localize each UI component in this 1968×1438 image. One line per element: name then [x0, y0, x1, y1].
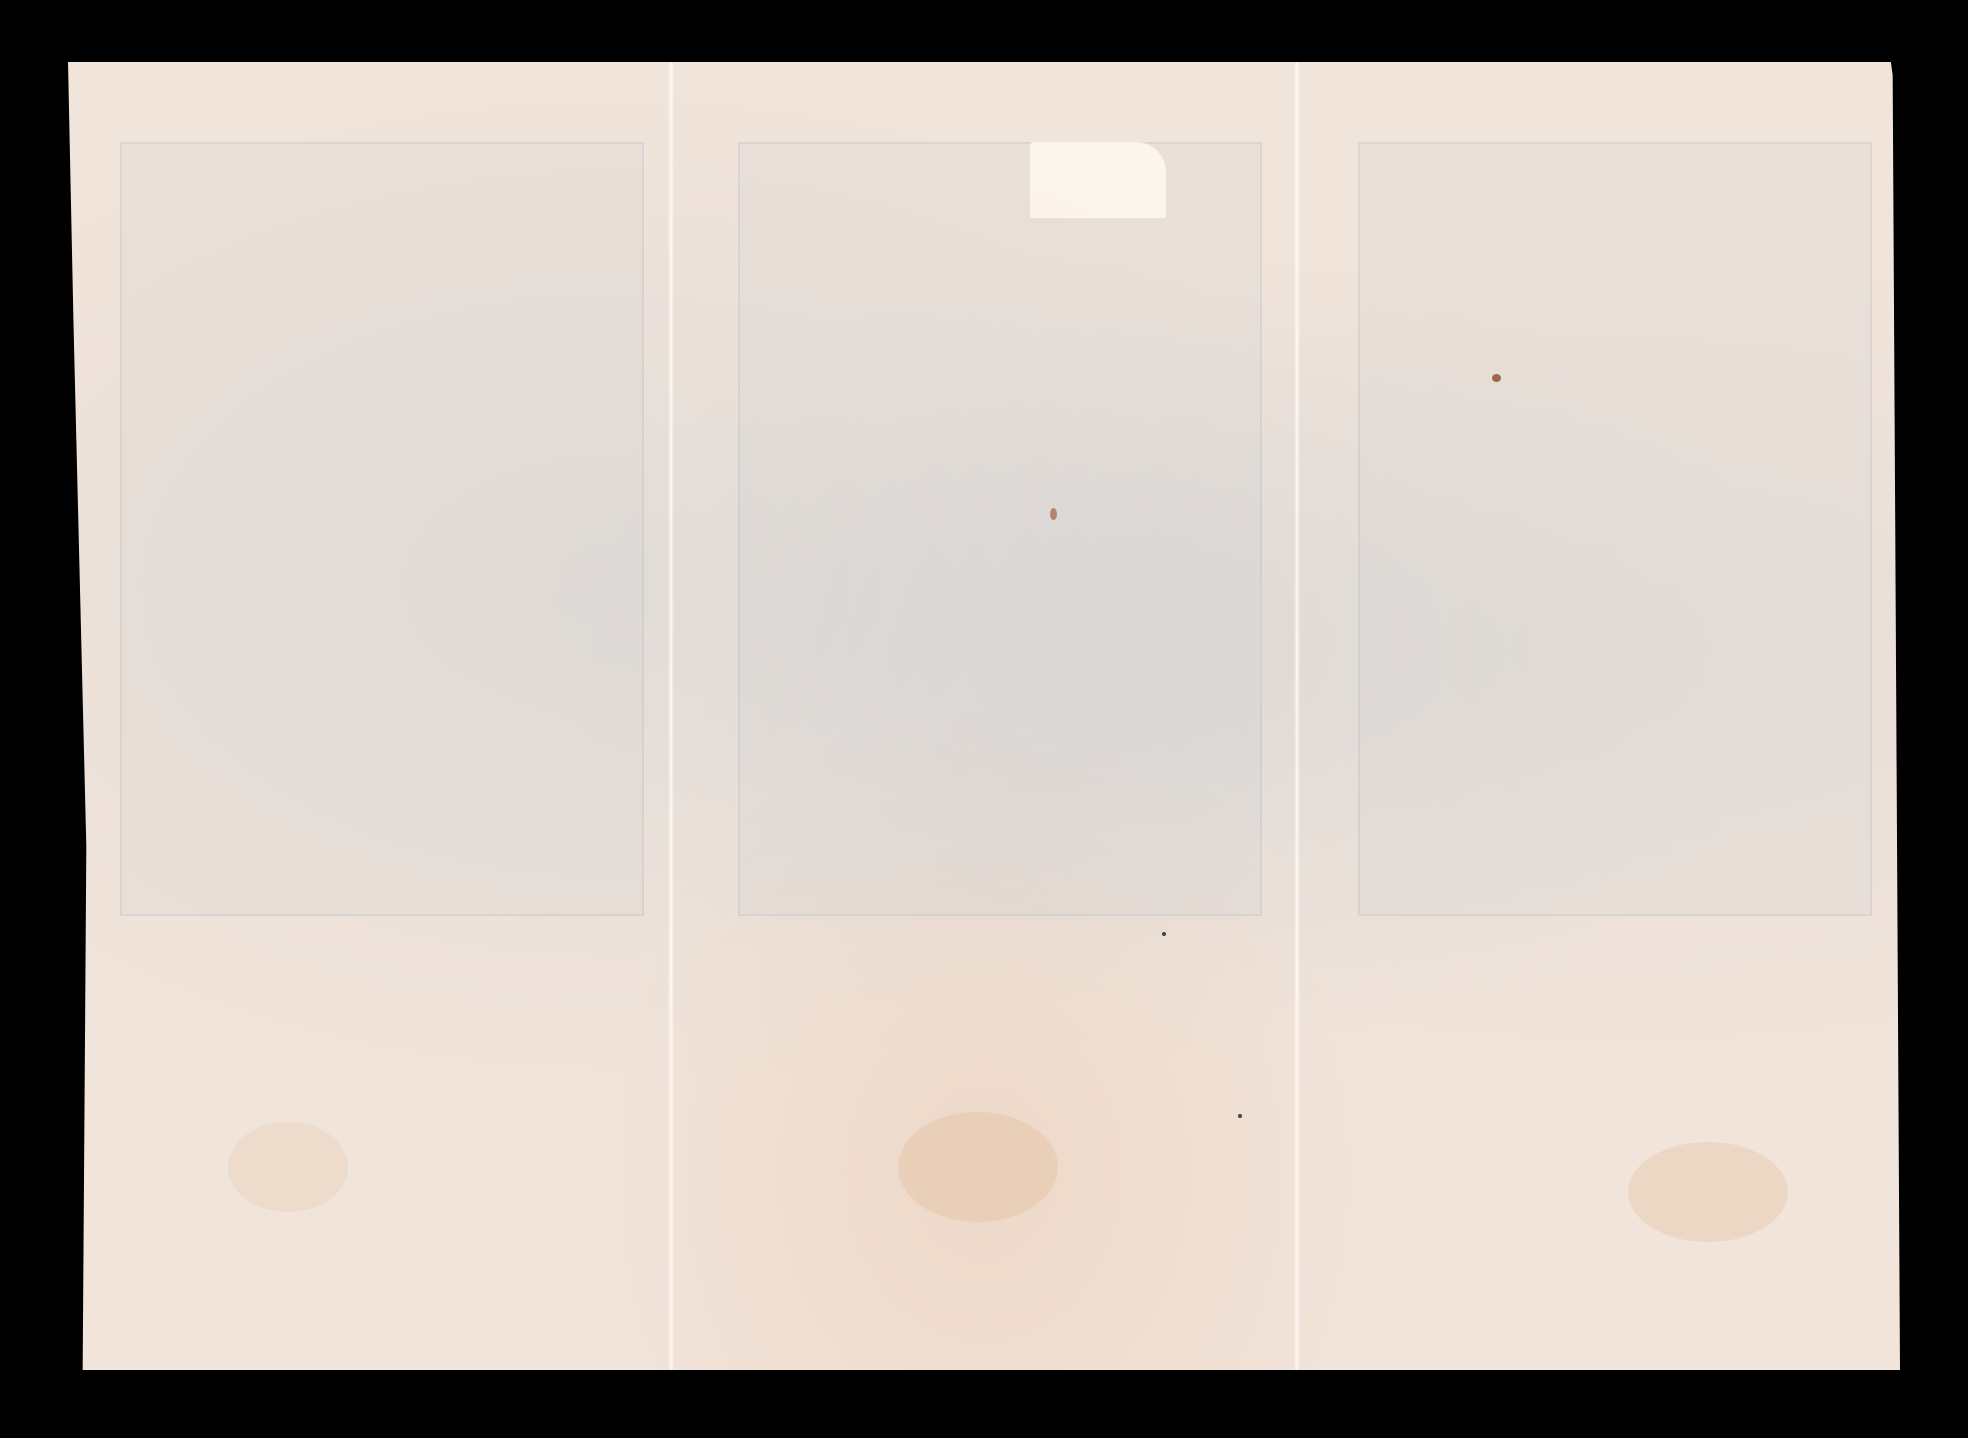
- stamp-ghost-middle: [738, 142, 1262, 916]
- foxing-spot: [1050, 508, 1057, 520]
- foxing-stain: [898, 1112, 1058, 1222]
- stamp-strip-paper: [68, 62, 1900, 1370]
- foxing-stain: [228, 1122, 348, 1212]
- stamp-ghost-right: [1358, 142, 1872, 916]
- foxing-spot: [1238, 1114, 1242, 1118]
- foxing-spot: [1162, 932, 1166, 936]
- stamp-ghost-left: [120, 142, 644, 916]
- fold-line-left: [668, 62, 674, 1370]
- foxing-stain: [1628, 1142, 1788, 1242]
- fold-line-right: [1294, 62, 1300, 1370]
- foxing-spot: [1492, 374, 1501, 382]
- hinge-remnant: [1030, 142, 1166, 218]
